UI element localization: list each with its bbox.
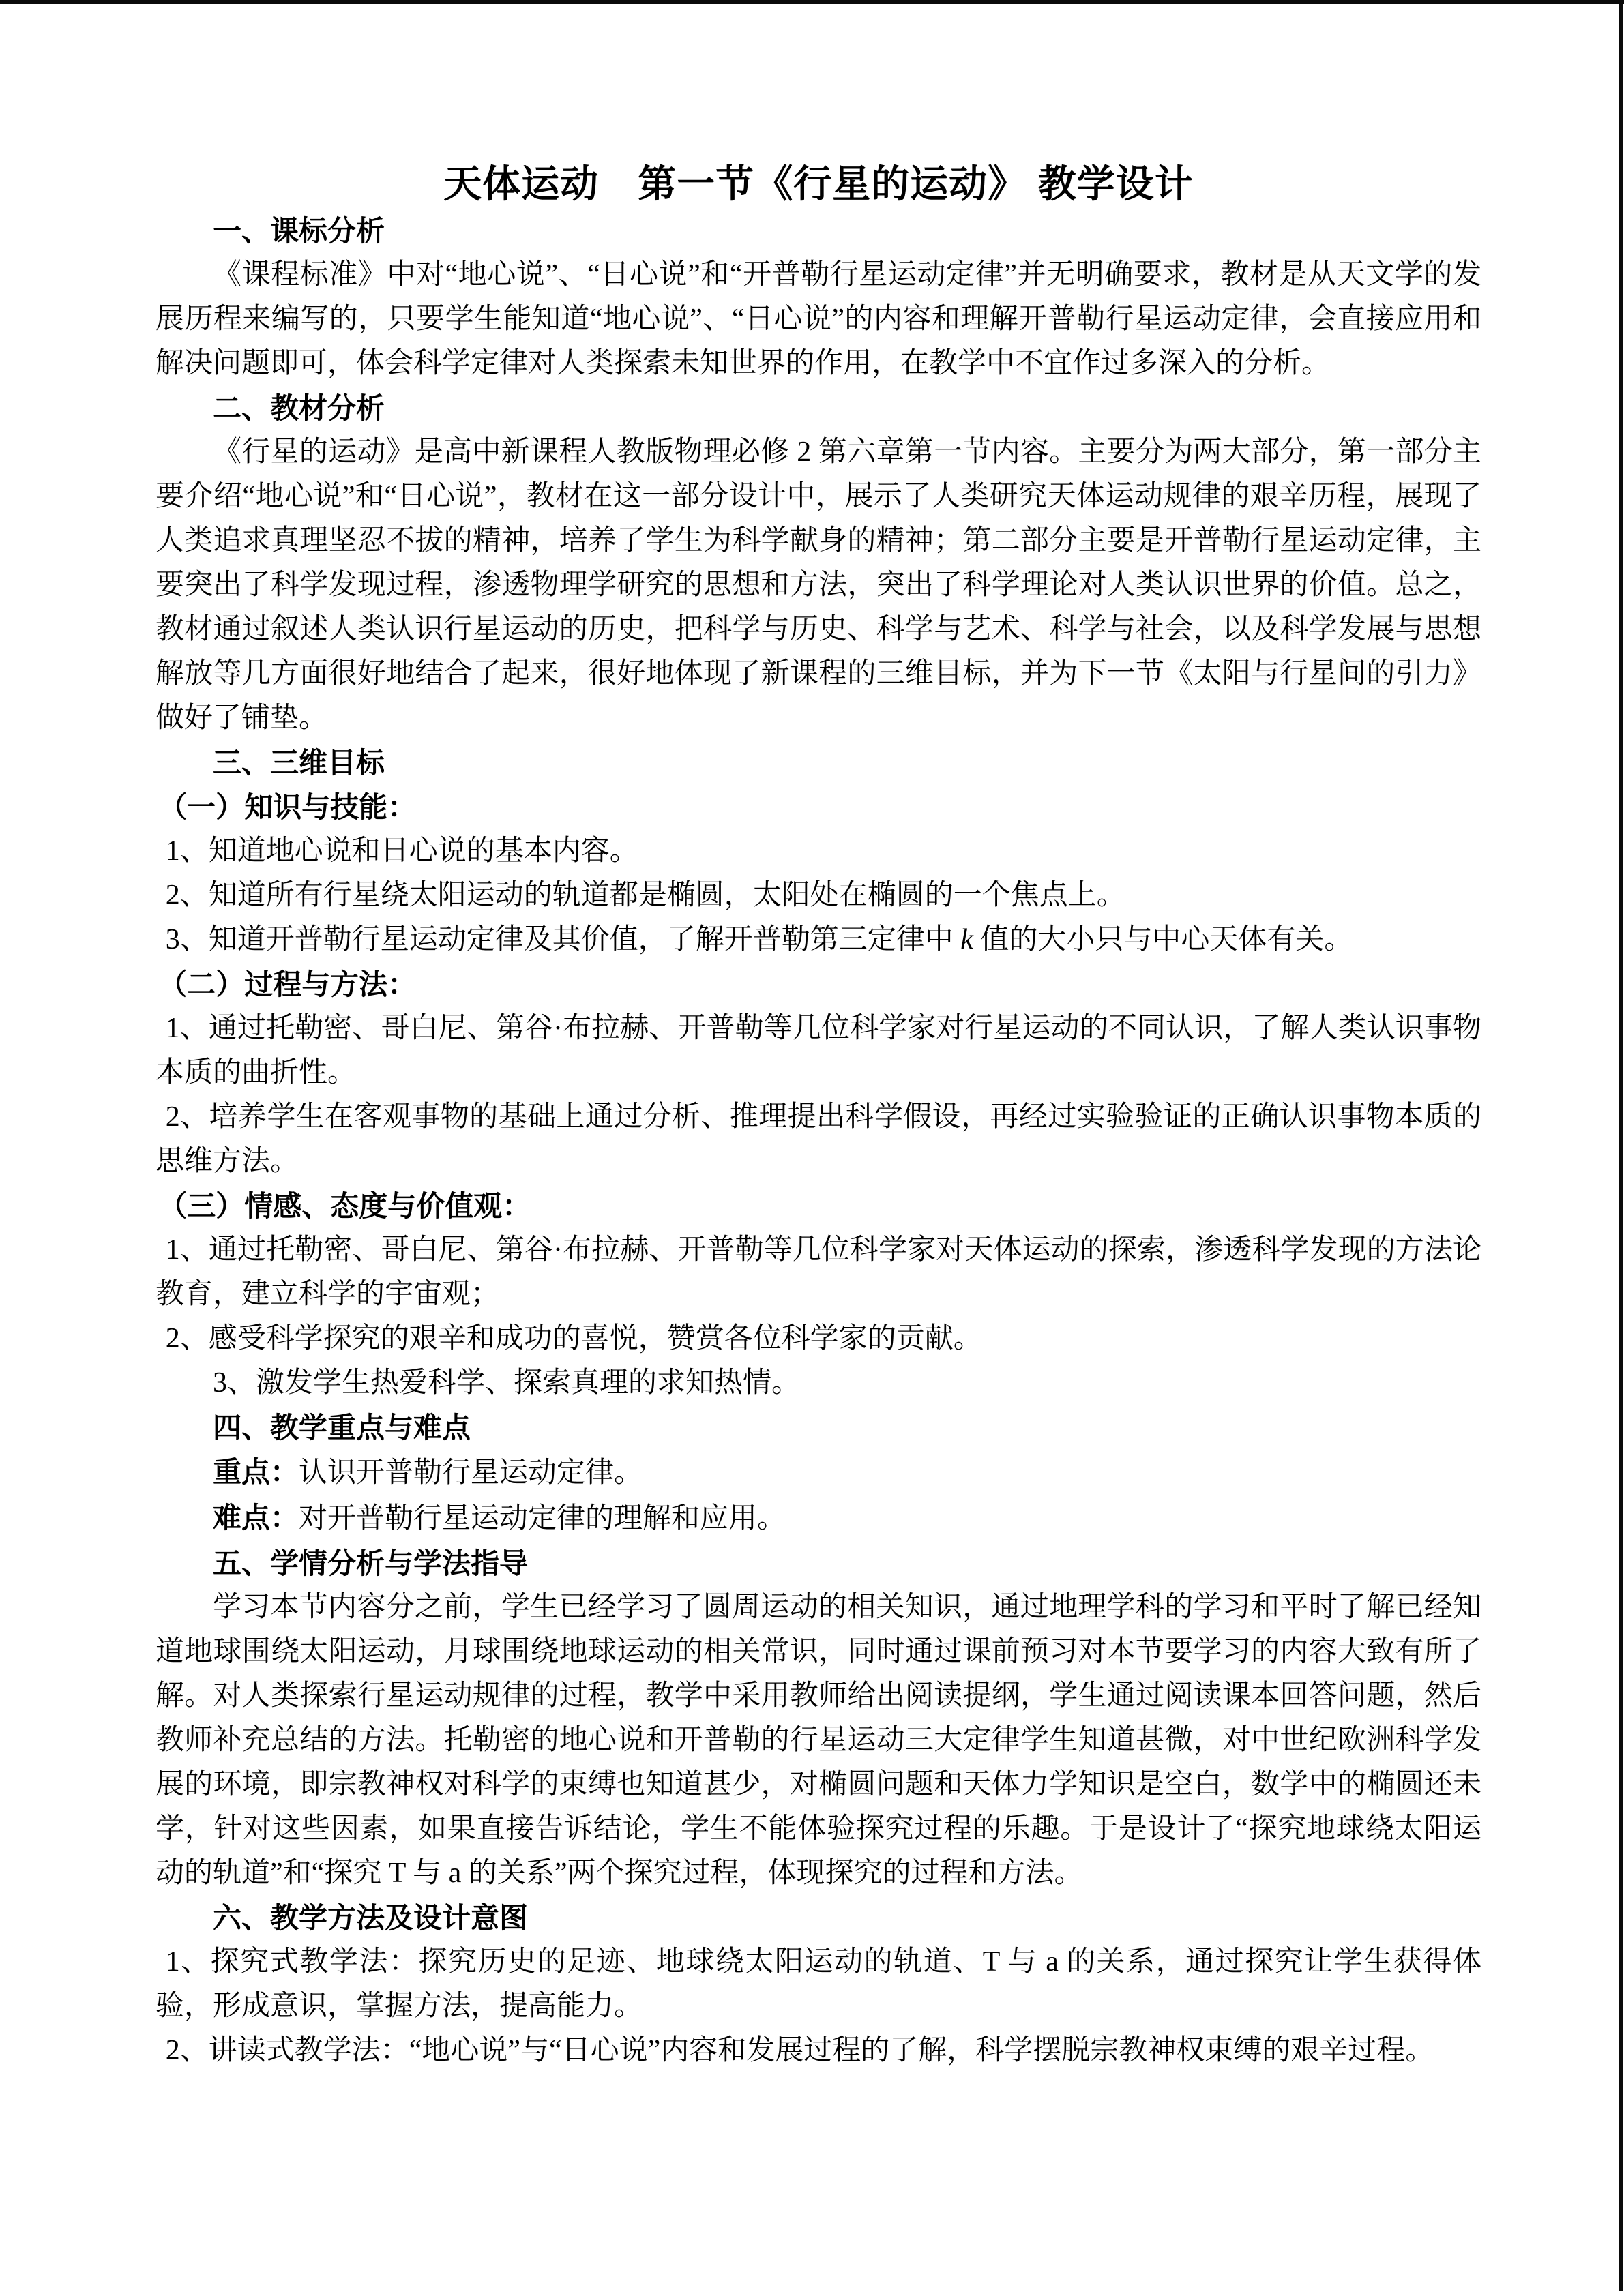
key-point-label: 重点： bbox=[213, 1456, 299, 1488]
document-title: 天体运动 第一节《行星的运动》 教学设计 bbox=[156, 160, 1481, 209]
variable-k: k bbox=[960, 924, 973, 955]
section-2-paragraph: 《行星的运动》是高中新课程人教版物理必修 2 第六章第一节内容。主要分为两大部分… bbox=[156, 430, 1481, 741]
section-3-heading: 三、三维目标 bbox=[156, 741, 1481, 785]
difficulty-point-text: 对开普勒行星运动定律的理解和应用。 bbox=[299, 1503, 786, 1534]
knowledge-item-1: 1、知道地心说和日心说的基本内容。 bbox=[156, 829, 1481, 874]
scan-edge-top bbox=[0, 0, 1624, 4]
difficulty-point-line: 难点：对开普勒行星运动定律的理解和应用。 bbox=[156, 1495, 1481, 1541]
process-method-heading: （二）过程与方法： bbox=[156, 962, 1481, 1007]
emotion-item-1: 1、通过托勒密、哥白尼、第谷·布拉赫、开普勒等几位科学家对天体运动的探索，渗透科… bbox=[156, 1228, 1481, 1317]
section-2-heading: 二、教材分析 bbox=[156, 386, 1481, 430]
process-item-1: 1、通过托勒密、哥白尼、第谷·布拉赫、开普勒等几位科学家对行星运动的不同认识，了… bbox=[156, 1007, 1481, 1095]
emotion-item-2: 2、感受科学探究的艰辛和成功的喜悦，赞赏各位科学家的贡献。 bbox=[156, 1317, 1481, 1361]
knowledge-item-3-text-end: 值的大小只与中心天体有关。 bbox=[973, 924, 1353, 955]
key-point-text: 认识开普勒行星运动定律。 bbox=[299, 1457, 643, 1489]
section-4-heading: 四、教学重点与难点 bbox=[156, 1405, 1481, 1450]
section-1-heading: 一、课标分析 bbox=[156, 209, 1481, 253]
document-page: 天体运动 第一节《行星的运动》 教学设计 一、课标分析 《课程标准》中对“地心说… bbox=[156, 160, 1481, 2073]
section-5-heading: 五、学情分析与学法指导 bbox=[156, 1541, 1481, 1585]
knowledge-item-3-text: 3、知道开普勒行星运动定律及其价值，了解开普勒第三定律中 bbox=[166, 924, 961, 955]
section-5-paragraph: 学习本节内容分之前，学生已经学习了圆周运动的相关知识，通过地理学科的学习和平时了… bbox=[156, 1585, 1481, 1896]
key-point-line: 重点：认识开普勒行星运动定律。 bbox=[156, 1450, 1481, 1495]
knowledge-item-2: 2、知道所有行星绕太阳运动的轨道都是椭圆，太阳处在椭圆的一个焦点上。 bbox=[156, 874, 1481, 918]
teaching-method-item-1: 1、探究式教学法：探究历史的足迹、地球绕太阳运动的轨道、T 与 a 的关系，通过… bbox=[156, 1940, 1481, 2029]
scanned-document: { "document": { "title": "天体运动 第一节《行星的运动… bbox=[0, 0, 1624, 2296]
knowledge-skills-heading: （一）知识与技能： bbox=[156, 785, 1481, 829]
section-1-paragraph: 《课程标准》中对“地心说”、“日心说”和“开普勒行星运动定律”并无明确要求，教材… bbox=[156, 253, 1481, 386]
scan-edge-right bbox=[1619, 0, 1623, 2291]
section-6-heading: 六、教学方法及设计意图 bbox=[156, 1896, 1481, 1940]
teaching-method-item-2: 2、讲读式教学法：“地心说”与“日心说”内容和发展过程的了解，科学摆脱宗教神权束… bbox=[156, 2029, 1481, 2073]
difficulty-point-label: 难点： bbox=[213, 1502, 299, 1534]
process-item-2: 2、培养学生在客观事物的基础上通过分析、推理提出科学假设，再经过实验验证的正确认… bbox=[156, 1095, 1481, 1184]
emotion-item-3: 3、激发学生热爱科学、探索真理的求知热情。 bbox=[156, 1361, 1481, 1405]
emotion-attitude-heading: （三）情感、态度与价值观： bbox=[156, 1184, 1481, 1228]
knowledge-item-3: 3、知道开普勒行星运动定律及其价值，了解开普勒第三定律中 k 值的大小只与中心天… bbox=[156, 918, 1481, 962]
